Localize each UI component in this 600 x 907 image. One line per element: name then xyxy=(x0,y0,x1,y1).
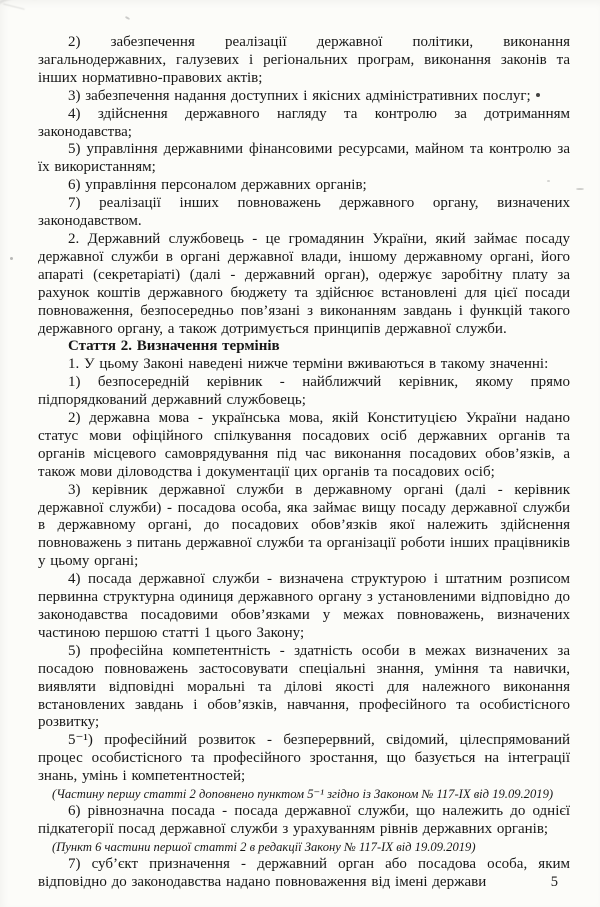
list-item-3: 3) забезпечення надання доступних і якіс… xyxy=(38,88,570,106)
term-item-5: 5) професійна компетентність - здатність… xyxy=(38,643,570,733)
term-item-3: 3) керівник державної служби в державном… xyxy=(38,482,570,572)
list-item-7: 7) реалізації інших повноважень державно… xyxy=(38,195,570,231)
term-item-6: 6) рівнозначна посада - посада державної… xyxy=(38,803,570,839)
list-item-6: 6) управління персоналом державних орган… xyxy=(38,177,570,195)
term-item-7: 7) суб’єкт призначення - державний орган… xyxy=(38,856,570,892)
list-item-5: 5) управління державними фінансовими рес… xyxy=(38,141,570,177)
scan-speck xyxy=(10,257,13,260)
term-item-4: 4) посада державної служби - визначена с… xyxy=(38,571,570,643)
scan-speck xyxy=(547,180,550,182)
scan-speck xyxy=(576,188,584,190)
term-item-2: 2) державна мова - українська мова, якій… xyxy=(38,410,570,482)
clause-2: 2. Державний службовець - це громадянин … xyxy=(38,231,570,338)
text-block: 2) забезпечення реалізації державної пол… xyxy=(0,0,600,892)
amendment-note-2: (Пункт 6 частини першої статті 2 в редак… xyxy=(38,839,570,856)
clause-1-intro: 1. У цьому Законі наведені нижче терміни… xyxy=(38,356,570,374)
article-2-heading: Стаття 2. Визначення термінів xyxy=(38,338,570,356)
term-item-5-1: 5⁻¹) професійний розвиток - безперервний… xyxy=(38,732,570,786)
list-item-4: 4) здійснення державного нагляду та конт… xyxy=(38,106,570,142)
page-number: 5 xyxy=(551,874,558,891)
term-item-1: 1) безпосередній керівник - найближчий к… xyxy=(38,374,570,410)
list-item-2: 2) забезпечення реалізації державної пол… xyxy=(38,34,570,88)
scanned-document-page: 2) забезпечення реалізації державної пол… xyxy=(0,0,600,907)
scan-speck xyxy=(536,93,540,97)
amendment-note-1: (Частину першу статті 2 доповнено пункто… xyxy=(38,786,570,803)
